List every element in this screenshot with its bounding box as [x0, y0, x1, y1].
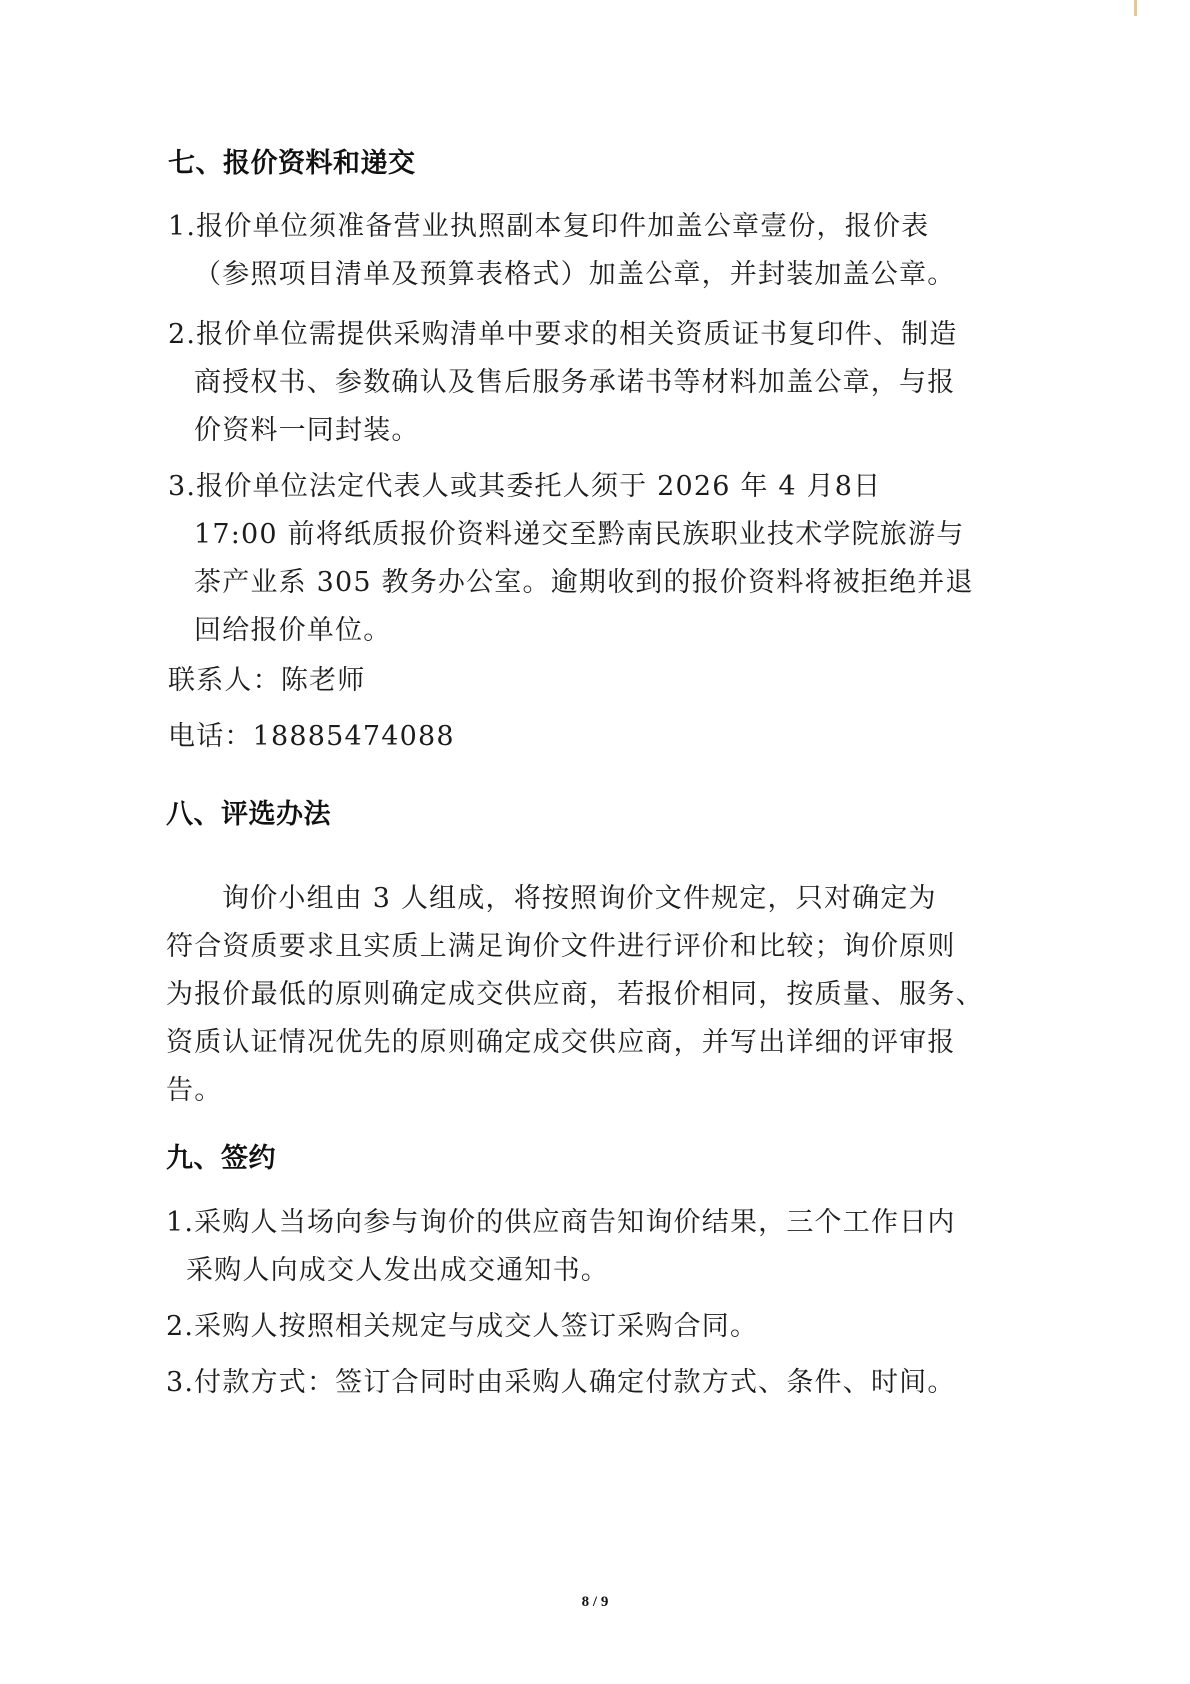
section-heading-contract: 九、签约	[166, 1142, 276, 1176]
submission-item-2-line-1: 2.报价单位需提供采购清单中要求的相关资质证书复印件、制造	[168, 318, 958, 352]
contract-item-1-line-2: 采购人向成交人发出成交通知书。	[186, 1254, 609, 1288]
evaluation-line-1: 询价小组由 3 人组成，将按照询价文件规定，只对确定为	[222, 882, 937, 916]
document-page: 七、报价资料和递交 1.报价单位须准备营业执照副本复印件加盖公章壹份，报价表 （…	[0, 0, 1190, 1684]
section-heading-evaluation: 八、评选办法	[166, 798, 331, 832]
contact-phone-label: 电话：	[168, 721, 253, 752]
page-number: 8 / 9	[0, 1594, 1190, 1611]
contact-person-value: 陈老师	[281, 665, 366, 696]
submission-item-1-line-2: （参照项目清单及预算表格式）加盖公章，并封装加盖公章。	[194, 258, 955, 292]
contact-person: 联系人：陈老师	[168, 664, 365, 698]
submission-item-3-line-3: 茶产业系 305 教务办公室。逾期收到的报价资料将被拒绝并退	[194, 566, 974, 600]
contract-item-1-line-1: 1.采购人当场向参与询价的供应商告知询价结果，三个工作日内	[166, 1206, 956, 1240]
contract-item-3: 3.付款方式：签订合同时由采购人确定付款方式、条件、时间。	[166, 1366, 956, 1400]
submission-item-2-line-3: 价资料一同封装。	[194, 414, 420, 448]
evaluation-line-4: 资质认证情况优先的原则确定成交供应商，并写出详细的评审报	[166, 1026, 956, 1060]
submission-item-1-line-1: 1.报价单位须准备营业执照副本复印件加盖公章壹份，报价表	[168, 210, 929, 244]
contract-item-2: 2.采购人按照相关规定与成交人签订采购合同。	[166, 1310, 758, 1344]
submission-item-3-line-1: 3.报价单位法定代表人或其委托人须于 2026 年 4 月8日	[168, 470, 881, 504]
section-heading-submission: 七、报价资料和递交	[168, 147, 416, 181]
submission-item-3-line-4: 回给报价单位。	[194, 614, 391, 648]
submission-item-2-line-2: 商授权书、参数确认及售后服务承诺书等材料加盖公章，与报	[194, 366, 955, 400]
submission-item-3-line-2: 17:00 前将纸质报价资料递交至黔南民族职业技术学院旅游与	[194, 518, 964, 552]
evaluation-line-2: 符合资质要求且实质上满足询价文件进行评价和比较；询价原则	[166, 930, 956, 964]
evaluation-line-3: 为报价最低的原则确定成交供应商，若报价相同，按质量、服务、	[166, 978, 984, 1012]
contact-person-label: 联系人：	[168, 665, 281, 696]
contact-phone: 电话：18885474088	[168, 720, 455, 754]
scan-edge-mark	[1134, 0, 1137, 16]
contact-phone-value: 18885474088	[253, 721, 455, 752]
evaluation-line-5: 告。	[166, 1074, 222, 1108]
